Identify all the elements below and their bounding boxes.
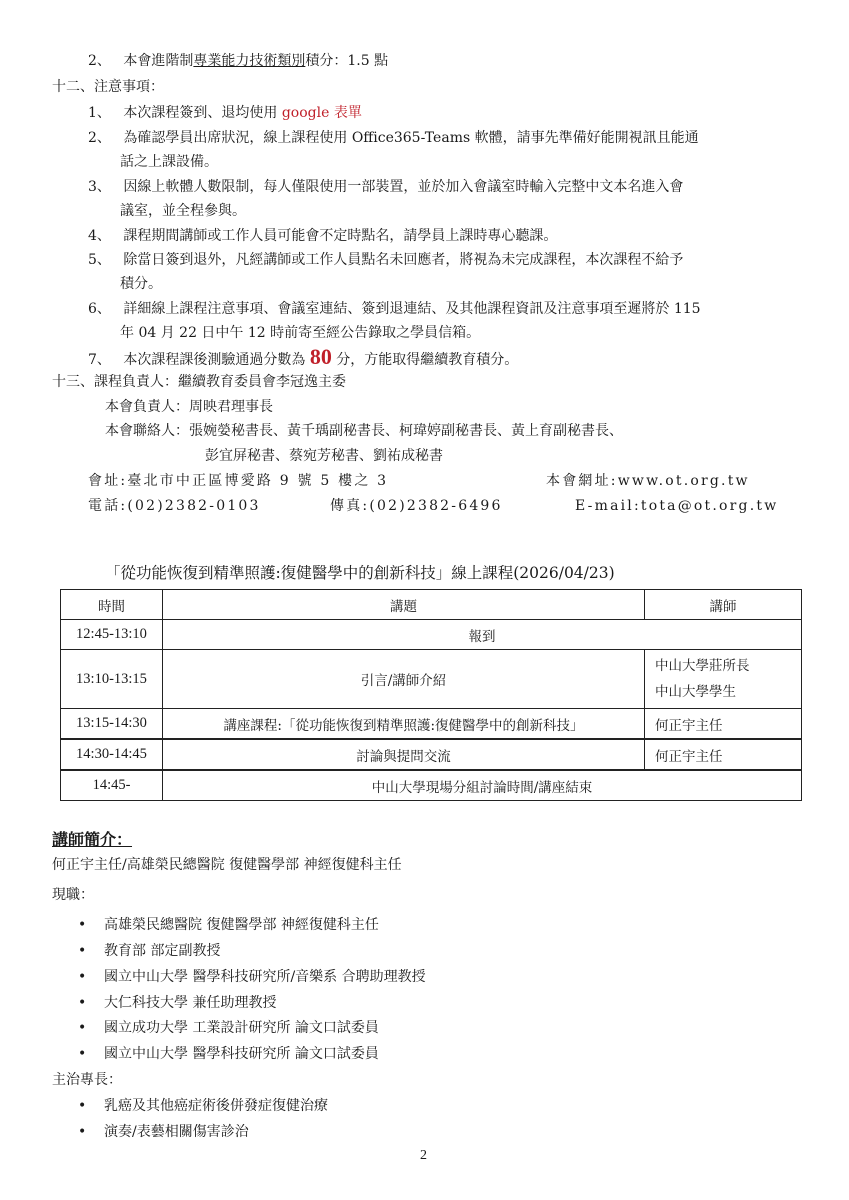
row-time: 12:45-13:10	[61, 620, 163, 650]
header-speaker: 講師	[645, 590, 802, 620]
bullet-icon: •	[78, 967, 88, 987]
bullet-icon: •	[78, 993, 88, 1013]
current-position: 國立中山大學 醫學科技研究所/音樂系 合聘助理教授	[104, 967, 426, 987]
item-text: 分，方能取得繼續教育積分。	[332, 352, 518, 368]
section13-heading: 十三、課程負責人：繼續教育委員會李冠逸主委	[52, 372, 346, 392]
row-speaker: 何正宇主任	[645, 709, 802, 740]
specialties-label: 主治專長：	[52, 1070, 122, 1090]
section11-item-2: 2、 本會進階制專業能力技術類別積分：1.5 點	[88, 51, 388, 71]
schedule-title: 「從功能恢復到精準照護:復健醫學中的創新科技」線上課程(2026/04/23)	[105, 563, 615, 583]
item-number: 1、	[88, 105, 111, 121]
row-topic: 中山大學現場分組討論時間/講座結束	[163, 770, 802, 801]
item-text: 積分：1.5 點	[305, 53, 388, 69]
notice-item-5: 5、 除當日簽到退外，凡經講師或工作人員點名未回應者，將視為未完成課程，本次課程…	[88, 250, 683, 270]
item-number: 2、	[88, 53, 111, 69]
table-row: 13:15-14:30 講座課程:「從功能恢復到精準照護:復健醫學中的創新科技」…	[61, 709, 802, 740]
item-number: 6、	[88, 301, 111, 317]
item-text: 本會進階制	[123, 53, 193, 69]
speaker-name: 中山大學莊所長	[655, 653, 795, 679]
notice-item-3-cont: 議室，並全程參與。	[120, 201, 246, 221]
item-number: 7、	[88, 352, 111, 368]
bullet-icon: •	[78, 1018, 88, 1038]
table-row: 14:30-14:45 討論與提問交流 何正宇主任	[61, 739, 802, 770]
bullet-icon: •	[78, 1044, 88, 1064]
item-text: 詳細線上課程注意事項、會議室連結、簽到退連結、及其他課程資訊及注意事項至遲將於 …	[123, 301, 700, 317]
row-topic: 講座課程:「從功能恢復到精準照護:復健醫學中的創新科技」	[163, 709, 645, 740]
row-time: 13:15-14:30	[61, 709, 163, 740]
contact-persons-cont: 彭宜屏秘書、蔡宛芳秘書、劉祐成秘書	[205, 446, 443, 466]
bullet-icon: •	[78, 941, 88, 961]
item-text: 本次課程課後測驗通過分數為	[123, 352, 309, 368]
row-speaker: 何正宇主任	[645, 739, 802, 770]
notice-item-6: 6、 詳細線上課程注意事項、會議室連結、簽到退連結、及其他課程資訊及注意事項至遲…	[88, 299, 701, 319]
address: 會址:臺北市中正區博愛路 9 號 5 樓之 3	[88, 471, 388, 491]
bullet-icon: •	[78, 1122, 88, 1142]
contact-persons: 本會聯絡人：張婉嫈秘書長、黃千瑀副秘書長、柯瑋婷副秘書長、黃上育副秘書長、	[105, 421, 623, 441]
bullet-icon: •	[78, 915, 88, 935]
item-text: 為確認學員出席狀況，線上課程使用 Office365-Teams 軟體，請事先準…	[123, 130, 698, 146]
fax: 傳真:(02)2382-6496	[330, 496, 503, 516]
notice-item-1: 1、 本次課程簽到、退均使用 google 表單	[88, 103, 362, 123]
speaker-name-line: 何正宇主任/高雄榮民總醫院 復健醫學部 神經復健科主任	[52, 855, 402, 875]
page-number: 2	[420, 1148, 427, 1164]
item-text: 課程期間講師或工作人員可能會不定時點名，請學員上課時專心聽課。	[123, 228, 557, 244]
row-speaker: 中山大學莊所長 中山大學學生	[645, 650, 802, 709]
notice-item-7: 7、 本次課程課後測驗通過分數為 80 分，方能取得繼續教育積分。	[88, 347, 518, 370]
item-number: 4、	[88, 228, 111, 244]
table-row: 12:45-13:10 報到	[61, 620, 802, 650]
underlined-text: 專業能力技術類別	[193, 53, 305, 69]
item-text: 因線上軟體人數限制，每人僅限使用一部裝置，並於加入會議室時輸入完整中文本名進入會	[123, 179, 683, 195]
notice-item-6-cont: 年 04 月 22 日中午 12 時前寄至經公告錄取之學員信箱。	[120, 323, 480, 343]
bio-title: 講師簡介：	[52, 827, 132, 850]
item-text: 本次課程簽到、退均使用	[123, 105, 281, 121]
phone: 電話:(02)2382-0103	[88, 496, 261, 516]
item-number: 5、	[88, 252, 111, 268]
current-position: 國立中山大學 醫學科技研究所 論文口試委員	[104, 1044, 379, 1064]
table-row: 13:10-13:15 引言/講師介紹 中山大學莊所長 中山大學學生	[61, 650, 802, 709]
row-topic: 引言/講師介紹	[163, 650, 645, 709]
website[interactable]: 本會網址:www.ot.org.tw	[546, 471, 750, 491]
notice-item-5-cont: 積分。	[120, 274, 162, 294]
notice-item-2-cont: 話之上課設備。	[120, 152, 218, 172]
row-time: 14:45-	[61, 770, 163, 801]
notice-item-3: 3、 因線上軟體人數限制，每人僅限使用一部裝置，並於加入會議室時輸入完整中文本名…	[88, 177, 683, 197]
passing-score: 80	[310, 344, 332, 369]
email[interactable]: E-mail:tota@ot.org.tw	[575, 496, 778, 516]
current-positions-label: 現職：	[52, 885, 94, 905]
bullet-icon: •	[78, 1096, 88, 1116]
current-position: 高雄榮民總醫院 復健醫學部 神經復健科主任	[104, 915, 379, 935]
specialty: 乳癌及其他癌症術後併發症復健治療	[104, 1096, 328, 1116]
speaker-name: 中山大學學生	[655, 679, 795, 705]
schedule-table: 時間 講題 講師 12:45-13:10 報到 13:10-13:15 引言/講…	[60, 589, 802, 801]
row-topic: 報到	[163, 620, 802, 650]
table-row: 14:45- 中山大學現場分組討論時間/講座結束	[61, 770, 802, 801]
item-number: 3、	[88, 179, 111, 195]
current-position: 國立成功大學 工業設計研究所 論文口試委員	[104, 1018, 379, 1038]
current-position: 教育部 部定副教授	[104, 941, 220, 961]
item-text: 除當日簽到退外，凡經講師或工作人員點名未回應者，將視為未完成課程，本次課程不給予	[123, 252, 683, 268]
header-time: 時間	[61, 590, 163, 620]
responsible-person: 本會負責人：周映君理事長	[105, 397, 273, 417]
row-time: 13:10-13:15	[61, 650, 163, 709]
section12-heading: 十二、注意事項：	[52, 77, 164, 97]
specialty: 演奏/表藝相關傷害診治	[104, 1122, 249, 1142]
notice-item-4: 4、 課程期間講師或工作人員可能會不定時點名，請學員上課時專心聽課。	[88, 226, 557, 246]
current-position: 大仁科技大學 兼任助理教授	[104, 993, 276, 1013]
google-form-link-text: google 表單	[282, 105, 362, 121]
row-time: 14:30-14:45	[61, 739, 163, 770]
notice-item-2: 2、 為確認學員出席狀況，線上課程使用 Office365-Teams 軟體，請…	[88, 128, 699, 148]
row-topic: 討論與提問交流	[163, 739, 645, 770]
table-header-row: 時間 講題 講師	[61, 590, 802, 620]
header-topic: 講題	[163, 590, 645, 620]
item-number: 2、	[88, 130, 111, 146]
